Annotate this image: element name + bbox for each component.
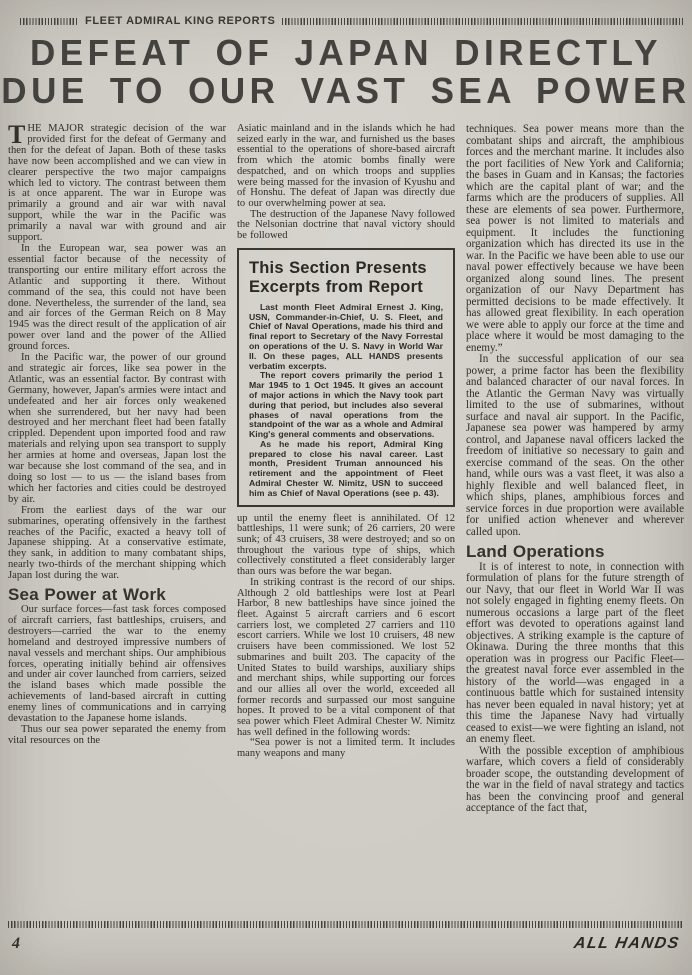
excerpt-box-title-line-1: This Section Presents — [249, 259, 443, 278]
page-number: 4 — [12, 935, 20, 953]
article-paragraph: In striking contrast is the record of ou… — [237, 578, 455, 739]
headline-line-1: DEFEAT OF JAPAN DIRECTLY — [0, 35, 692, 74]
excerpt-box: This Section Presents Excerpts from Repo… — [237, 248, 455, 507]
excerpt-box-paragraph: Last month Fleet Admiral Ernest J. King,… — [249, 303, 443, 372]
article-paragraph: THE MAJOR strategic decision of the war … — [8, 124, 226, 244]
article-columns: THE MAJOR strategic decision of the war … — [0, 124, 692, 912]
magazine-logo: ALL HANDS — [573, 935, 682, 953]
article-paragraph: Our surface forces—fast task forces comp… — [8, 605, 226, 725]
article-paragraph: up until the enemy fleet is annihilated.… — [237, 514, 455, 578]
article-paragraph: In the successful application of our sea… — [466, 354, 684, 538]
article-paragraph: In the Pacific war, the power of our gro… — [8, 353, 226, 506]
kicker-row: FLEET ADMIRAL KING REPORTS — [8, 16, 684, 26]
article-paragraph: It is of interest to note, in connection… — [466, 562, 684, 746]
column-2: Asiatic mainland and in the islands whic… — [237, 124, 455, 912]
headline: DEFEAT OF JAPAN DIRECTLY DUE TO OUR VAST… — [0, 35, 692, 111]
column-3: techniques. Sea power means more than th… — [466, 124, 684, 912]
article-paragraph: Asiatic mainland and in the islands whic… — [237, 124, 455, 210]
section-heading-sea-power-at-work: Sea Power at Work — [8, 590, 226, 601]
column-1: THE MAJOR strategic decision of the war … — [8, 124, 226, 912]
excerpt-box-paragraph: The report covers primarily the period 1… — [249, 371, 443, 440]
article-paragraph: Thus our sea power separated the enemy f… — [8, 725, 226, 747]
excerpt-box-paragraph: As he made his report, Admiral King prep… — [249, 440, 443, 499]
paragraph-text: HE MAJOR strategic decision of the war p… — [8, 124, 226, 243]
section-heading-land-operations: Land Operations — [466, 546, 684, 558]
article-paragraph: techniques. Sea power means more than th… — [466, 124, 684, 354]
article-paragraph: “Sea power is not a limited term. It inc… — [237, 738, 455, 759]
footer: 4 ALL HANDS — [0, 928, 692, 953]
headline-line-2: DUE TO OUR VAST SEA POWER — [0, 73, 692, 112]
article-paragraph: The destruction of the Japanese Navy fol… — [237, 210, 455, 242]
kicker-rule-right — [282, 18, 684, 25]
kicker-label: FLEET ADMIRAL KING REPORTS — [85, 15, 275, 27]
magazine-page: FLEET ADMIRAL KING REPORTS DEFEAT OF JAP… — [0, 0, 692, 975]
article-paragraph: In the European war, sea power was an es… — [8, 244, 226, 353]
footer-rule — [8, 921, 684, 928]
excerpt-box-title-line-2: Excerpts from Report — [249, 278, 443, 297]
article-paragraph: From the earliest days of the war our su… — [8, 506, 226, 582]
drop-cap: T — [8, 124, 27, 145]
article-paragraph: With the possible exception of amphibiou… — [466, 746, 684, 815]
kicker-rule-left — [20, 18, 78, 25]
